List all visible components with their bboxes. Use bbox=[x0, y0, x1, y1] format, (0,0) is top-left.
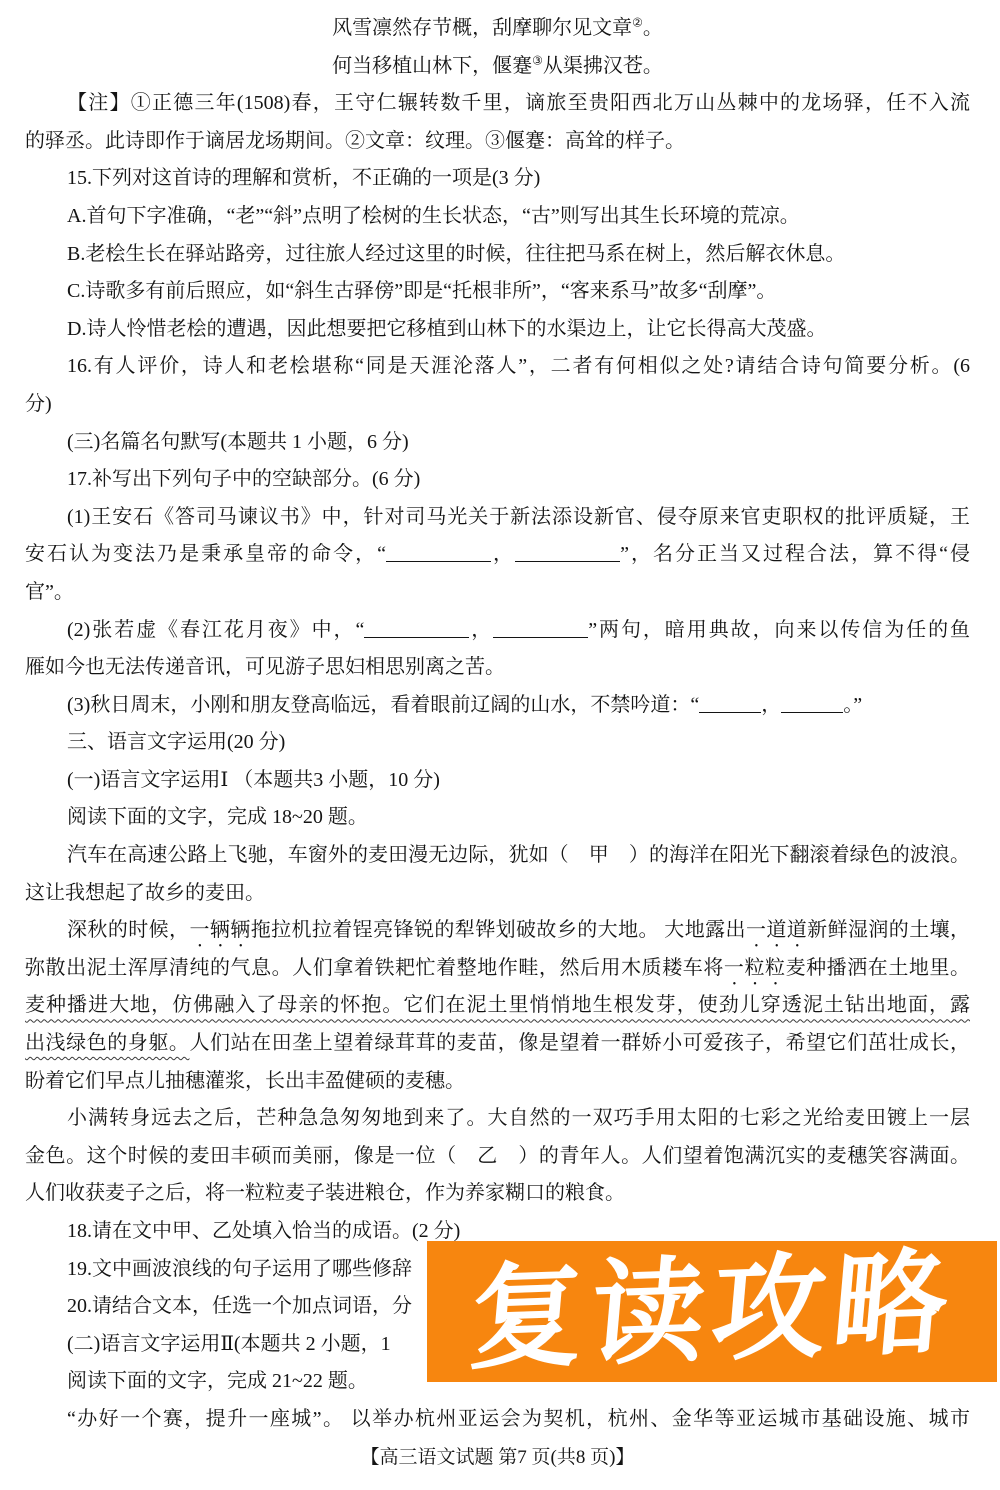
part-3-1-title: (一)语言文字运用Ⅰ （本题共3 小题，10 分) bbox=[25, 762, 970, 800]
essay-p1-line-1: 汽车在高速公路上飞驰，车窗外的麦田漫无边际，犹如（ 甲 ）的海洋在阳光下翻滚着绿… bbox=[25, 837, 970, 875]
q17-fill2-line-2: 雁如今也无法传递音讯，可见游子思妇相思别离之苦。 bbox=[25, 649, 970, 687]
question-15-option-a: A.首句下字准确，“老”“斜”点明了桧树的生长状态，“古”则写出其生长环境的荒凉… bbox=[25, 198, 970, 236]
q17-fill3-line: (3)秋日周末，小刚和朋友登高临远，看着眼前辽阔的山水，不禁吟道：“，。” bbox=[25, 687, 970, 725]
question-15-option-b: B.老桧生长在驿站路旁，过往旅人经过这里的时候，往往把马系在树上，然后解衣休息。 bbox=[25, 236, 970, 274]
essay-p2-line-1-text-a: 深秋的时候， bbox=[67, 919, 189, 941]
q17-fill1-line-2: 安石认为变法乃是秉承皇帝的命令，“，”，名分正当又过程合法，算不得“侵 bbox=[25, 536, 970, 574]
essay-p2-line-2: 弥散出泥土浑厚清纯的气息。人们拿着铁耙忙着整地作畦，然后用木质耧车将一粒粒麦种播… bbox=[25, 950, 970, 988]
fill-in-blank bbox=[515, 559, 620, 562]
wavy-underlined-sentence-part-2: 出浅绿色的身躯。 bbox=[25, 1032, 189, 1054]
essay-p3-line-2: 金色。这个时候的麦田丰硕而美丽，像是一位（ 乙 ）的青年人。人们望着饱满沉实的麦… bbox=[25, 1138, 970, 1176]
note-ref-2: ② bbox=[632, 15, 643, 29]
question-15-option-c: C.诗歌多有前后照应，如“斜生古驿傍”即是“托根非所”，“客来系马”故多“刮摩”… bbox=[25, 273, 970, 311]
note-line-1: 【注】①正德三年(1508)春，王守仁辗转数千里，谪旅至贵阳西北万山丛棘中的龙场… bbox=[25, 85, 970, 123]
page-footer: 【高三语文试题 第7 页(共8 页)】 bbox=[25, 1439, 970, 1477]
q17-fill3-comma: ， bbox=[761, 694, 781, 716]
essay-p2-line-5: 盼着它们早点儿抽穗灌浆，长出丰盈健硕的麦穗。 bbox=[25, 1063, 970, 1101]
q17-fill2-line-1-text-b: ”两句，暗用典故，向来以传信为任的鱼 bbox=[588, 619, 970, 641]
note-ref-3: ③ bbox=[532, 53, 543, 67]
fill-in-blank bbox=[386, 559, 491, 562]
part-3-title: 三、语言文字运用(20 分) bbox=[25, 724, 970, 762]
essay-p2-line-3: 麦种播进大地，仿佛融入了母亲的怀抱。它们在泥土里悄悄地生根发芽，使劲儿穿透泥土钻… bbox=[25, 987, 970, 1025]
reading-instruction-1: 阅读下面的文字，完成 18~20 题。 bbox=[25, 799, 970, 837]
q17-fill1-line-3: 官”。 bbox=[25, 574, 970, 612]
q17-fill1-line-2-text-a: 安石认为变法乃是秉承皇帝的命令，“ bbox=[25, 543, 386, 565]
poem-line-1-end: 。 bbox=[643, 17, 663, 39]
poem-line-2-text: 何当移植山林下，偃蹇 bbox=[332, 55, 532, 77]
overlay-banner-text: 复读攻略 bbox=[465, 1246, 959, 1377]
essay-p2-line-2-text-a: 弥散出泥土浑厚清纯的气息。人们拿着铁耙忙着整地作畦，然后用木质耧车将 bbox=[25, 957, 724, 979]
question-16-line-1: 16.有人评价，诗人和老桧堪称“同是天涯沦落人”，二者有何相似之处?请结合诗句简… bbox=[25, 348, 970, 386]
emphasized-word-yilili: 一粒粒 bbox=[724, 957, 786, 979]
essay-p2-line-1-text-c: 新鲜湿润的土壤， bbox=[807, 919, 970, 941]
essay-p2-line-4: 出浅绿色的身躯。人们站在田垄上望着绿茸茸的麦苗，像是望着一群娇小可爱孩子，希望它… bbox=[25, 1025, 970, 1063]
question-16-line-2: 分) bbox=[25, 386, 970, 424]
fill-in-blank bbox=[781, 710, 843, 713]
fill-in-blank bbox=[364, 635, 469, 638]
poem-line-2-end: 从渠拂汉苍。 bbox=[543, 55, 663, 77]
note-line-2: 的驿丞。此诗即作于谪居龙场期间。②文章：纹理。③偃蹇：高耸的样子。 bbox=[25, 123, 970, 161]
essay-p3-line-3: 人们收获麦子之后，将一粒粒麦子装进粮仓，作为养家糊口的粮食。 bbox=[25, 1175, 970, 1213]
q17-fill2-line-1-comma: ， bbox=[469, 619, 493, 641]
poem-line-2: 何当移植山林下，偃蹇③从渠拂汉苍。 bbox=[25, 48, 970, 86]
fill-in-blank bbox=[493, 635, 588, 638]
q17-fill1-line-2-comma: ， bbox=[491, 543, 515, 565]
q17-fill3-text-b: 。” bbox=[843, 694, 862, 716]
question-15-option-d: D.诗人怜惜老桧的遭遇，因此想要把它移植到山林下的水渠边上，让它长得高大茂盛。 bbox=[25, 311, 970, 349]
emphasized-word-yidaodao: 一道道 bbox=[746, 919, 807, 941]
fill-in-blank bbox=[699, 710, 761, 713]
overlay-banner: 复读攻略 bbox=[427, 1241, 997, 1382]
essay-p2-line-1: 深秋的时候，一辆辆拖拉机拉着锃亮锋锐的犁铧划破故乡的大地。 大地露出一道道新鲜湿… bbox=[25, 912, 970, 950]
question-15-stem: 15.下列对这首诗的理解和赏析，不正确的一项是(3 分) bbox=[25, 160, 970, 198]
q17-fill2-line-1: (2)张若虚《春江花月夜》中，“，”两句，暗用典故，向来以传信为任的鱼 bbox=[25, 612, 970, 650]
q17-fill1-line-2-text-b: ”，名分正当又过程合法，算不得“侵 bbox=[620, 543, 970, 565]
essay-p2-line-2-text-b: 麦种播洒在土地里。 bbox=[786, 957, 970, 979]
wavy-underlined-sentence-part-1: 麦种播进大地，仿佛融入了母亲的怀抱。它们在泥土里悄悄地生根发芽，使劲儿穿透泥土钻… bbox=[25, 994, 970, 1016]
question-17-stem: 17.补写出下列句子中的空缺部分。(6 分) bbox=[25, 461, 970, 499]
poem-line-1-text: 风雪凛然存节概，刮摩聊尔见文章 bbox=[332, 17, 632, 39]
section-3-title: (三)名篇名句默写(本题共 1 小题，6 分) bbox=[25, 424, 970, 462]
q17-fill1-line-1: (1)王安石《答司马谏议书》中，针对司马光关于新法添设新官、侵夺原来官吏职权的批… bbox=[25, 499, 970, 537]
essay-p2-line-1-text-b: 拖拉机拉着锃亮锋锐的犁铧划破故乡的大地。 大地露出 bbox=[251, 919, 746, 941]
poem-line-1: 风雪凛然存节概，刮摩聊尔见文章②。 bbox=[25, 10, 970, 48]
q17-fill3-text-a: (3)秋日周末，小刚和朋友登高临远，看着眼前辽阔的山水，不禁吟道：“ bbox=[67, 694, 699, 716]
essay-p3-line-1: 小满转身远去之后，芒种急急匆匆地到来了。大自然的一双巧手用太阳的七彩之光给麦田镀… bbox=[25, 1100, 970, 1138]
q17-fill2-line-1-text-a: (2)张若虚《春江花月夜》中，“ bbox=[67, 619, 364, 641]
exam-page: 风雪凛然存节概，刮摩聊尔见文章②。 何当移植山林下，偃蹇③从渠拂汉苍。 【注】①… bbox=[0, 0, 1000, 1490]
essay2-line-1: “办好一个赛，提升一座城”。 以举办杭州亚运会为契机，杭州、金华等亚运城市基础设… bbox=[25, 1401, 970, 1439]
essay-p2-line-4-text: 人们站在田垄上望着绿茸茸的麦苗，像是望着一群娇小可爱孩子，希望它们茁壮成长， bbox=[189, 1032, 970, 1054]
essay-p1-line-2: 这让我想起了故乡的麦田。 bbox=[25, 875, 970, 913]
emphasized-word-yiliangliang: 一辆辆 bbox=[189, 919, 250, 941]
